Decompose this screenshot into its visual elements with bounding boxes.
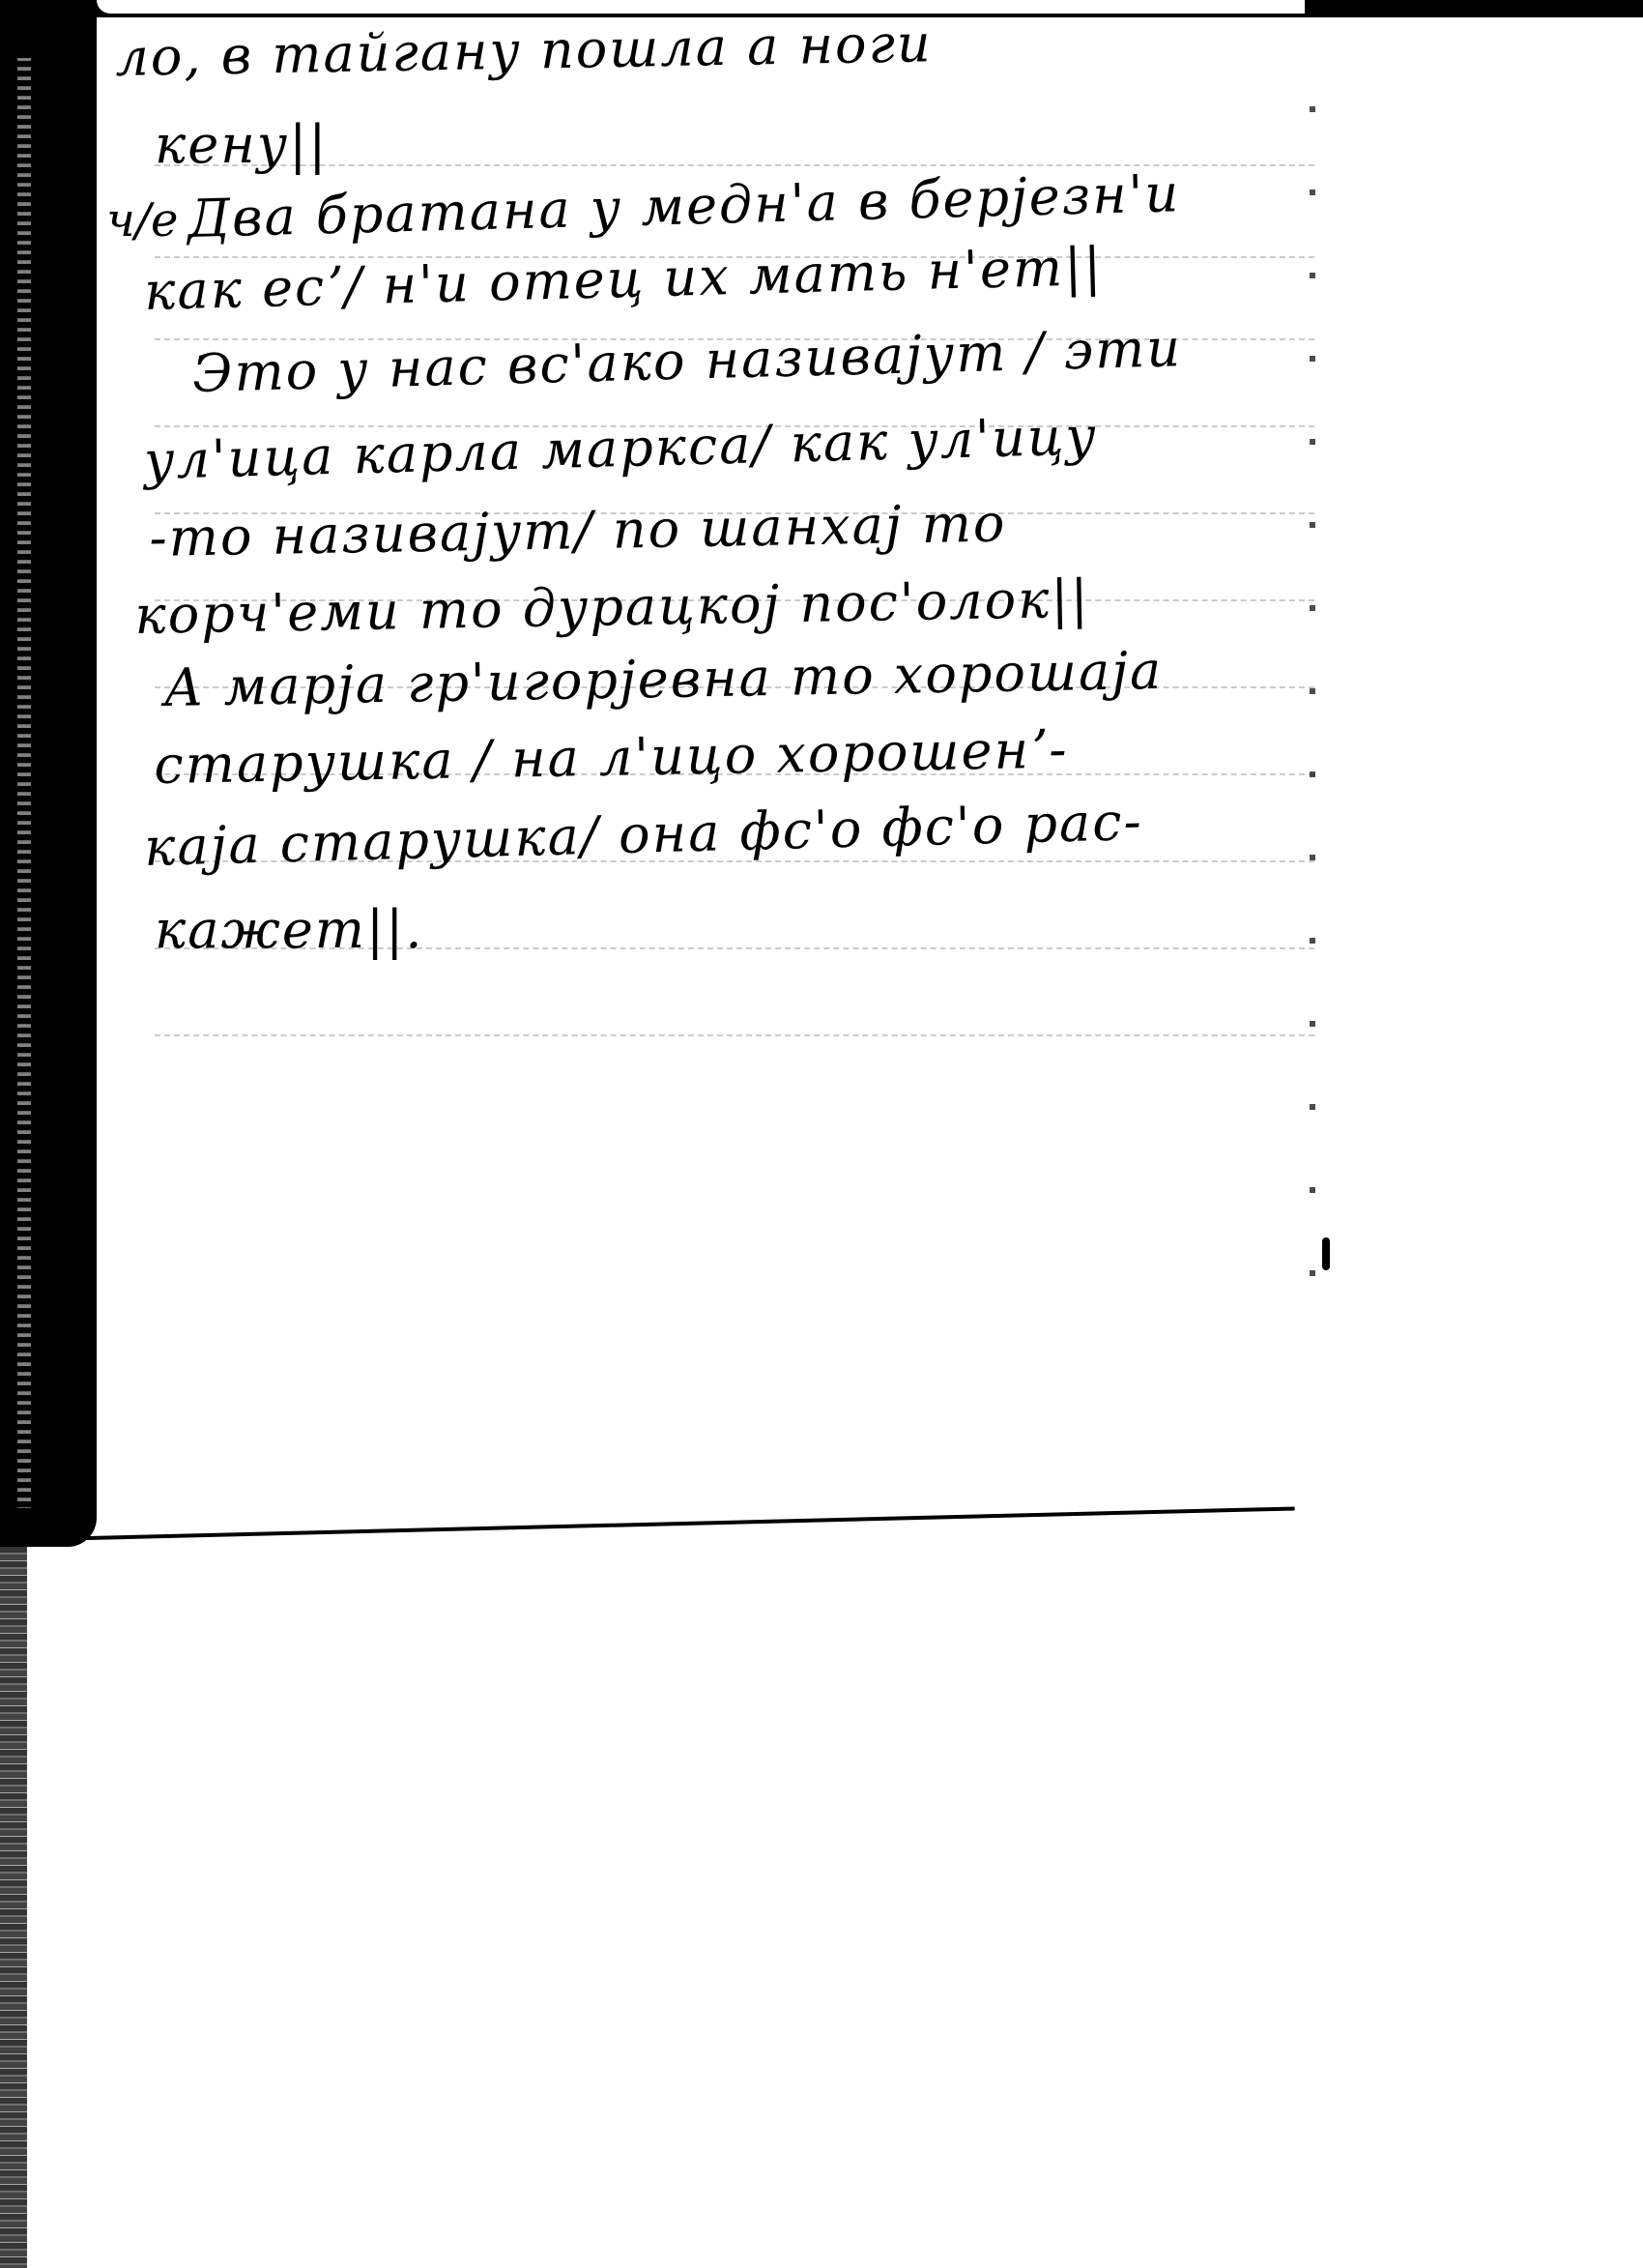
margin-note: ч/е	[106, 193, 178, 247]
scan-edge-noise	[0, 1547, 27, 2268]
handwritten-line: кажет||.	[155, 899, 424, 960]
binding-texture	[17, 58, 31, 1508]
ruled-line	[155, 1034, 1314, 1036]
page-top-edge	[97, 0, 1305, 14]
ink-smudge	[1322, 1237, 1330, 1270]
binding-shadow-left	[0, 0, 97, 1547]
handwritten-line: кену||	[155, 114, 328, 175]
right-margin-marks	[1310, 29, 1315, 1286]
scanned-page: ч/е ло, в тайгану пошла а ноги кену|| Дв…	[0, 0, 1643, 2268]
